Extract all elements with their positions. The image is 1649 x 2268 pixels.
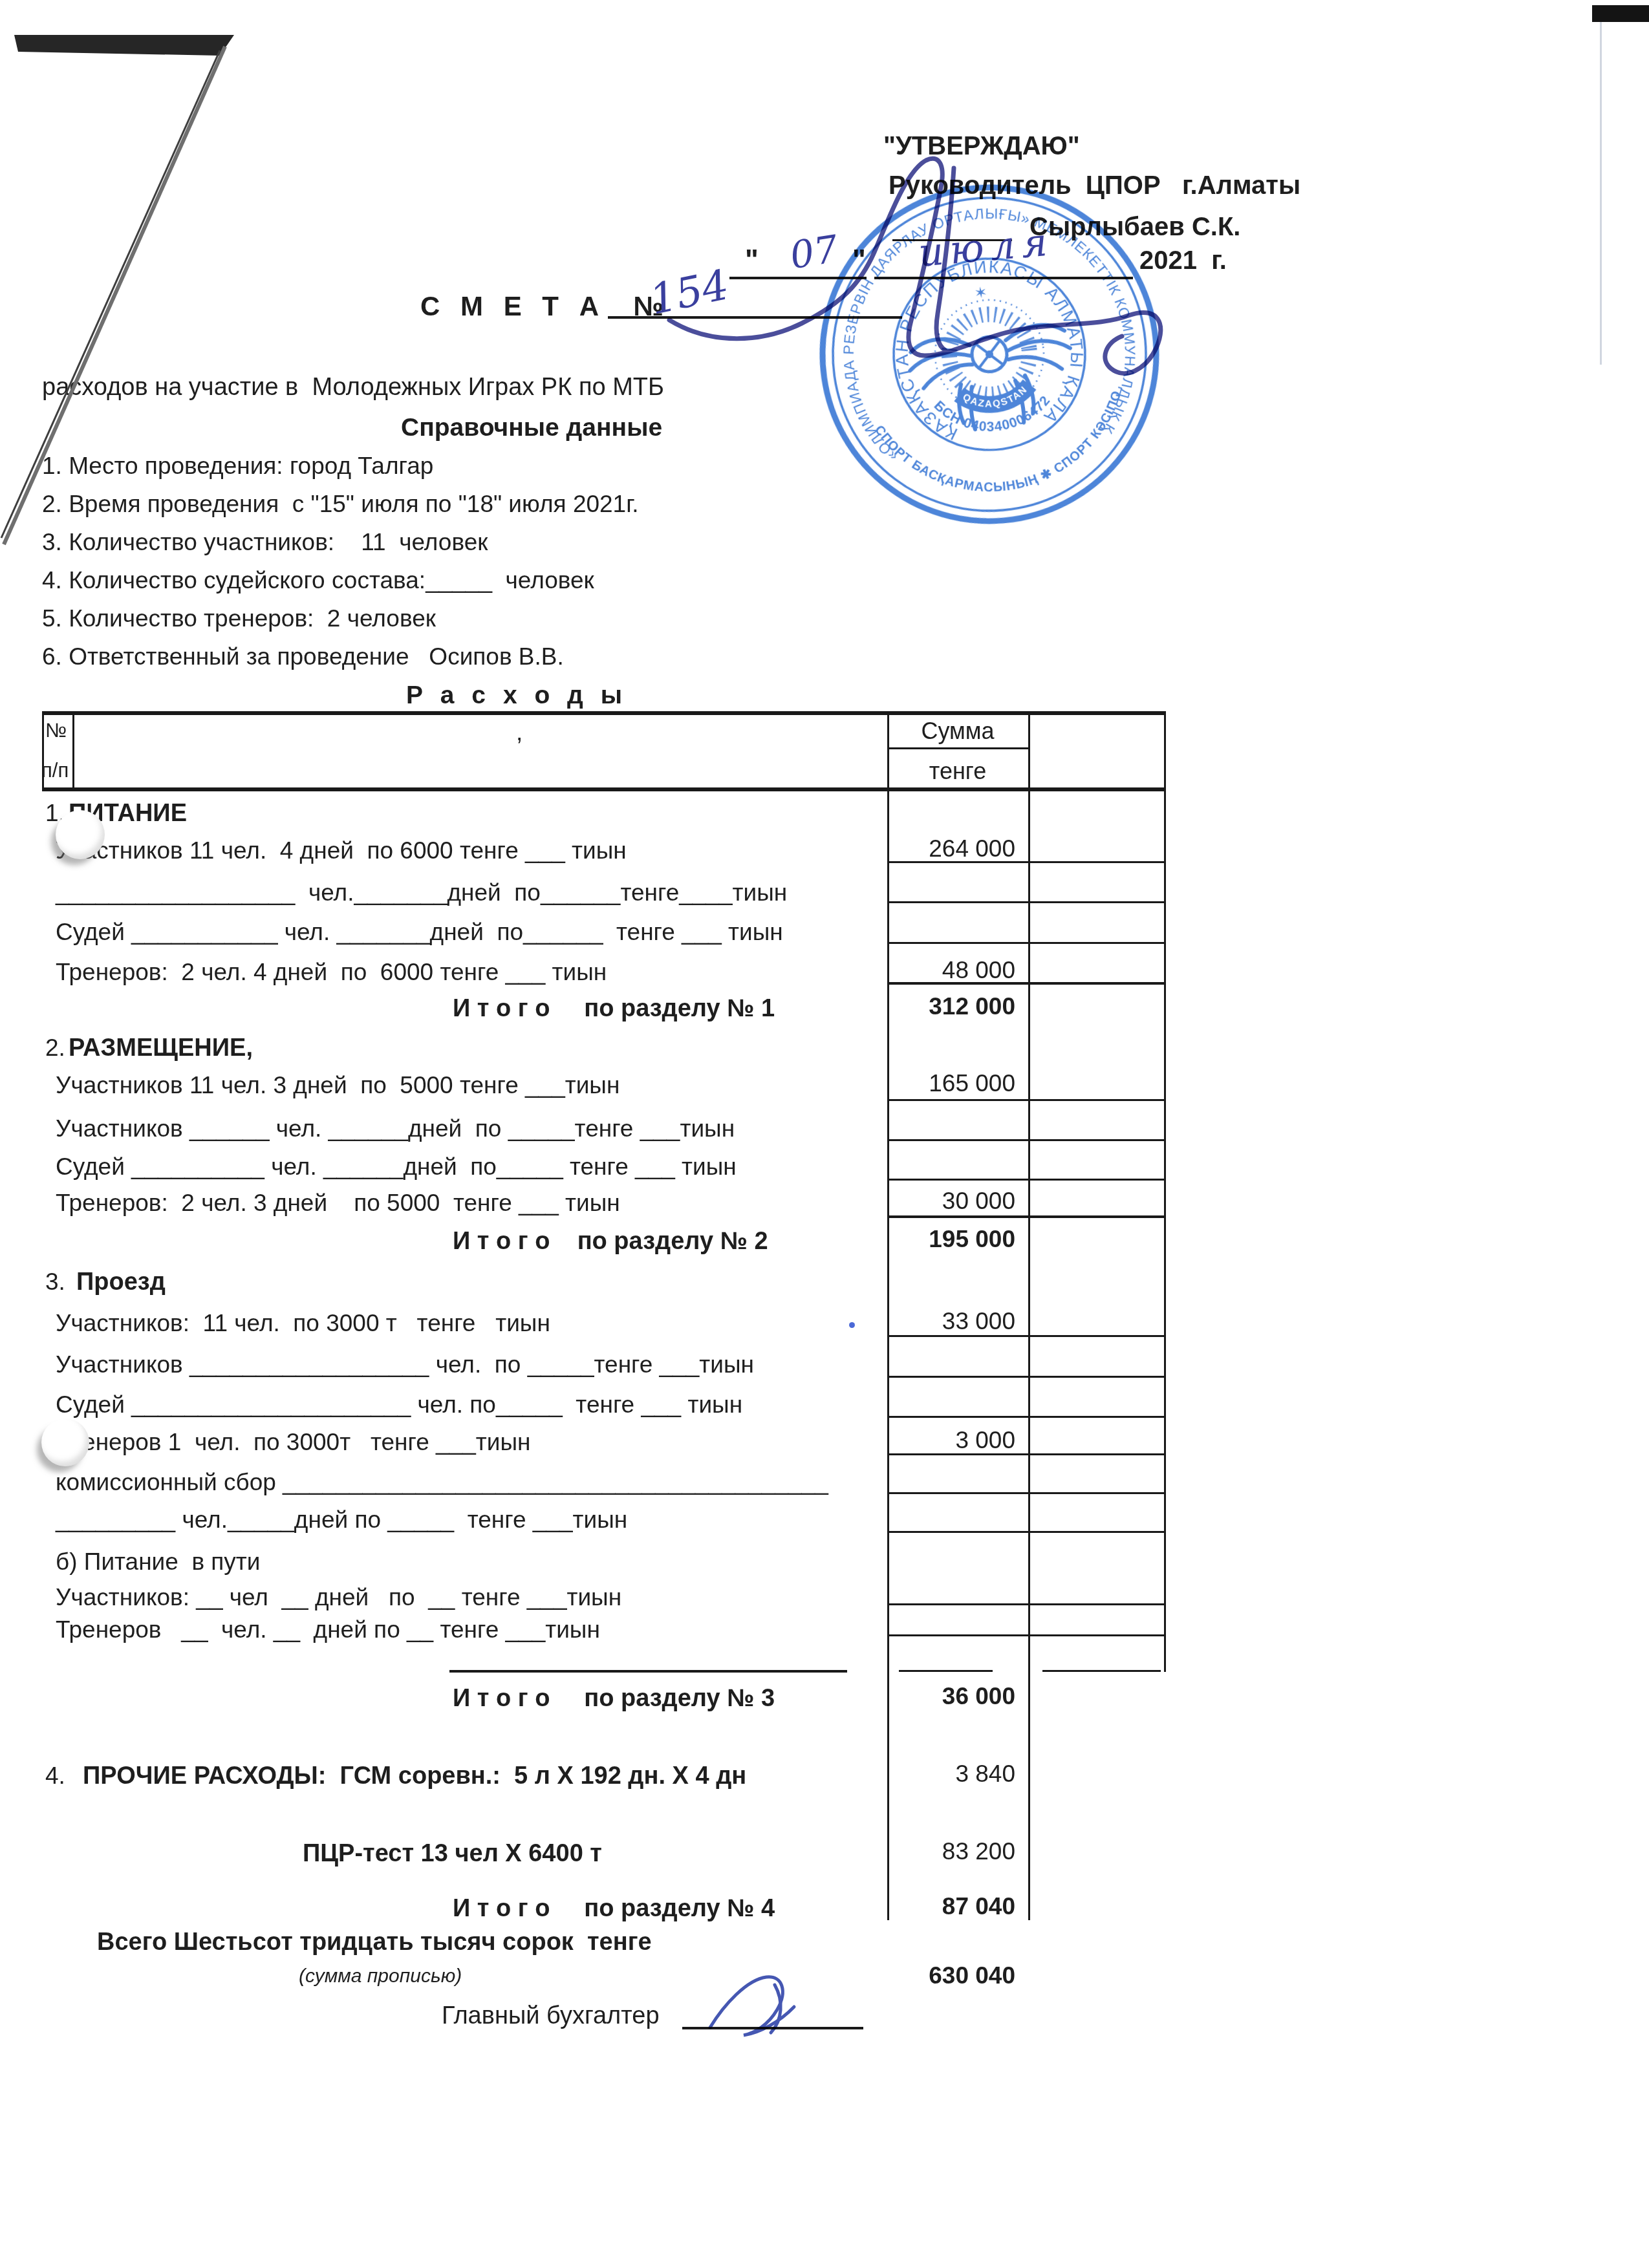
row-line [887, 1453, 1164, 1455]
row-line [887, 1179, 1164, 1181]
section-3-no: 3. [45, 1268, 65, 1296]
ref-item-5: 5. Количество тренеров: 2 человек [42, 605, 436, 633]
section-4-row-2: ПЦР-тест 13 чел Х 6400 т [303, 1840, 602, 1868]
section-2-row-3: Судей __________ чел. ______дней по_____… [56, 1153, 737, 1181]
section-4-no: 4. [45, 1762, 65, 1790]
section-4-row-2-sum: 83 200 [887, 1838, 1015, 1865]
punch-hole-bottom [41, 1418, 89, 1466]
section-1-row-1-sum: 264 000 [887, 835, 1015, 862]
row-line [887, 1416, 1164, 1418]
col-sum-header-2: тенге [887, 758, 1028, 784]
row-line [887, 1215, 1164, 1218]
section-3-total: 36 000 [887, 1683, 1015, 1710]
row-line [887, 1139, 1164, 1141]
section-3-row-3: Судей _____________________ чел. по_____… [56, 1391, 742, 1419]
section-2-total: 195 000 [887, 1226, 1015, 1253]
col-sum-header-1: Сумма [887, 718, 1028, 744]
grand-total-words: Всего Шестьсот тридцать тысяч сорок тенг… [97, 1929, 652, 1957]
section-3-row-8: Участников: __ чел __ дней по __ тенге _… [56, 1584, 621, 1612]
row-line [887, 1335, 1164, 1337]
section-1-row-1: Участников 11 чел. 4 дней по 6000 тенге … [56, 837, 627, 865]
col-no-header-2: п/п [41, 759, 69, 782]
section-1-total-label: И т о г о по разделу № 1 [453, 995, 775, 1023]
section-2-row-1-sum: 165 000 [887, 1070, 1015, 1097]
page-corner-fold-artifact [0, 0, 259, 556]
scanned-document-page: "УТВЕРЖДАЮ" Руководитель ЦПОР г.Алматы С… [0, 0, 1649, 2268]
row-line [887, 1634, 1164, 1636]
no-col-divider [72, 711, 74, 791]
pre-total-rule-sum [899, 1670, 993, 1672]
section-3-row-1-sum: 33 000 [887, 1308, 1015, 1335]
section-1-row-4: Тренеров: 2 чел. 4 дней по 6000 тенге __… [56, 959, 607, 987]
row-line [887, 942, 1164, 944]
accountant-label: Главный бухгалтер [442, 2002, 660, 2031]
col-no-header-1: № [45, 719, 67, 742]
section-4-row-1-sum: 3 840 [887, 1760, 1015, 1788]
section-3-row-4: Тренеров 1 чел. по 3000т тенге ___тиын [56, 1429, 530, 1457]
section-3-title: Проезд [76, 1268, 166, 1297]
scanner-edge-bar-artifact [1592, 5, 1649, 22]
section-3-total-label: И т о г о по разделу № 3 [453, 1685, 775, 1713]
section-3-row-2: Участников __________________ чел. по __… [56, 1351, 754, 1379]
section-4-total-label: И т о г о по разделу № 4 [453, 1895, 775, 1923]
table-top-border [42, 711, 1164, 715]
section-2-no: 2. [45, 1034, 65, 1062]
director-signature [647, 142, 1203, 401]
section-3-row-5: комиссионный сбор ______________________… [56, 1469, 828, 1497]
section-2-total-label: И т о г о по разделу № 2 [453, 1228, 768, 1256]
section-2-row-1: Участников 11 чел. 3 дней по 5000 тенге … [56, 1072, 620, 1100]
sum-col-right-border [1028, 711, 1030, 1920]
section-2-row-4-sum: 30 000 [887, 1188, 1015, 1215]
row-line [887, 901, 1164, 903]
section-2-title: РАЗМЕЩЕНИЕ, [69, 1034, 253, 1063]
row-line [887, 1376, 1164, 1378]
ref-item-4: 4. Количество судейского состава:_____ ч… [42, 567, 594, 595]
punch-hole-top [56, 810, 105, 859]
expenses-heading: Р а с х о д ы [406, 681, 627, 711]
desc-col-mark: , [516, 719, 523, 747]
pre-total-rule-right [1042, 1670, 1161, 1672]
section-4-row-1: ПРОЧИЕ РАСХОДЫ: ГСМ соревн.: 5 л Х 192 д… [83, 1762, 746, 1791]
pre-total-rule-desc [449, 1670, 847, 1673]
section-1-row-4-sum: 48 000 [887, 957, 1015, 984]
grand-total-value: 630 040 [887, 1962, 1015, 1989]
row-line [887, 1603, 1164, 1605]
section-3-row-9: Тренеров __ чел. __ дней по __ тенге ___… [56, 1616, 600, 1644]
section-1-row-2: __________________ чел._______дней по___… [56, 879, 787, 907]
section-3-row-4-sum: 3 000 [887, 1427, 1015, 1454]
section-1-row-3: Судей ___________ чел. _______дней по___… [56, 919, 783, 947]
words-note: (сумма прописью) [299, 1965, 462, 1988]
accountant-signature [698, 1965, 879, 2043]
scanner-edge-line-artifact [1600, 22, 1602, 365]
ink-dot-artifact [849, 1322, 855, 1328]
row-line [887, 982, 1164, 985]
section-1-total: 312 000 [887, 993, 1015, 1020]
ref-data-heading: Справочные данные [401, 414, 662, 443]
row-line [887, 1099, 1164, 1101]
section-2-row-4: Тренеров: 2 чел. 3 дней по 5000 тенге __… [56, 1190, 620, 1217]
row-line [887, 1531, 1164, 1533]
section-2-row-2: Участников ______ чел. ______дней по ___… [56, 1115, 735, 1143]
row-line [887, 1492, 1164, 1494]
section-3-row-7: б) Питание в пути [56, 1548, 261, 1576]
table-header-bottom-border [42, 787, 1164, 791]
sum-header-divider [887, 747, 1028, 749]
table-right-border [1164, 711, 1166, 1672]
section-4-total: 87 040 [887, 1893, 1015, 1920]
row-line [887, 861, 1164, 863]
section-3-row-6: _________ чел._____дней по _____ тенге _… [56, 1506, 627, 1534]
ref-item-6: 6. Ответственный за проведение Осипов В.… [42, 643, 564, 671]
section-3-row-1: Участников: 11 чел. по 3000 т тенге тиын [56, 1310, 550, 1338]
